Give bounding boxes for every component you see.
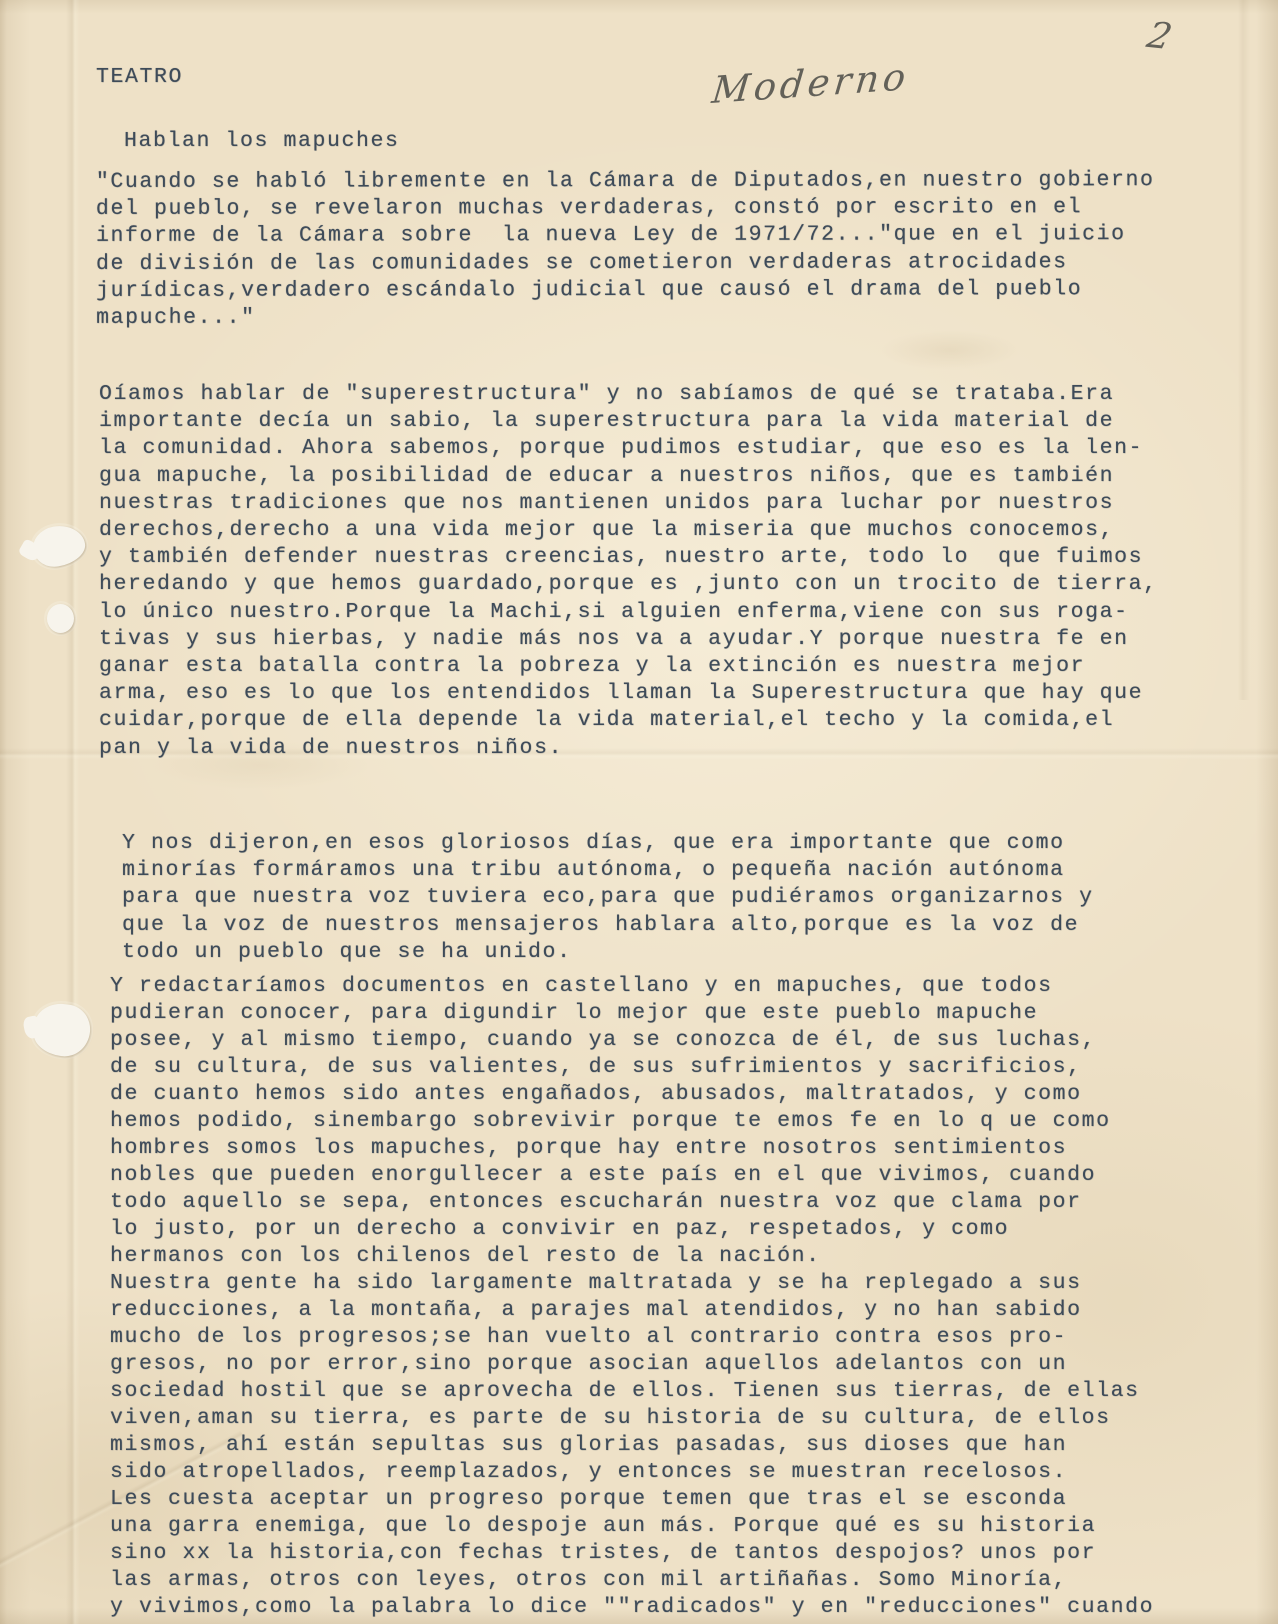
paper-crease-right bbox=[1238, 0, 1250, 700]
hole-punch-top bbox=[30, 522, 88, 570]
paragraph-camara-quote: "Cuando se habló libremente en la Cámara… bbox=[96, 167, 1155, 332]
paragraph-documentos: Y redactaríamos documentos en castellano… bbox=[110, 973, 1154, 1621]
paper-crease-vertical bbox=[66, 0, 80, 1624]
handwritten-annotation: Moderno bbox=[710, 55, 912, 112]
section-title: Hablan los mapuches bbox=[124, 128, 400, 155]
hole-punch-bottom bbox=[31, 1001, 93, 1059]
document-page: 2 TEATRO Moderno Hablan los mapuches "Cu… bbox=[0, 0, 1278, 1624]
paragraph-superestructura: Oíamos hablar de "superestructura" y no … bbox=[99, 381, 1158, 762]
paragraph-tribu-autonoma: Y nos dijeron,en esos gloriosos días, qu… bbox=[122, 830, 1094, 966]
handwritten-page-number: 2 bbox=[1143, 15, 1176, 58]
hole-punch-middle bbox=[47, 604, 74, 633]
paper-smudge bbox=[880, 330, 1020, 370]
typed-header: TEATRO bbox=[96, 64, 183, 91]
